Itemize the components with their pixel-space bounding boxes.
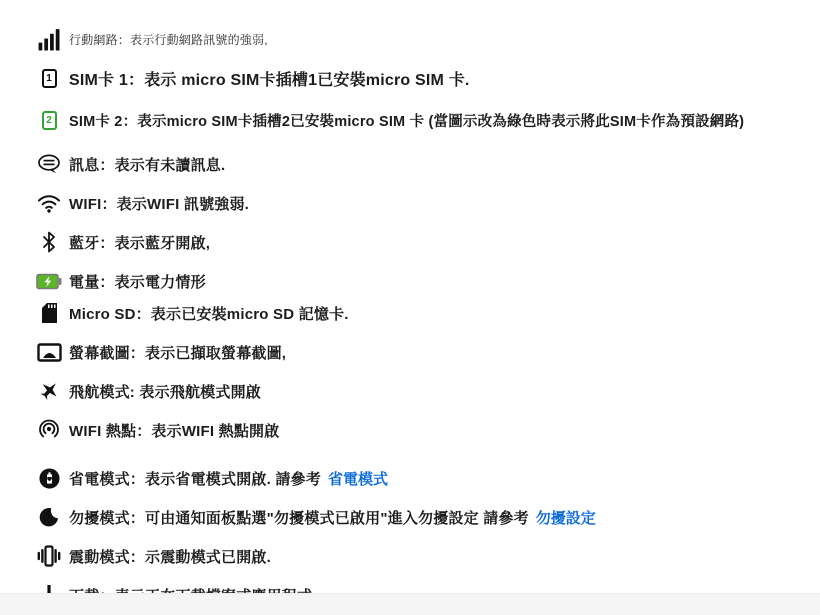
row-text: SIM卡 1：表示 micro SIM卡插槽1已安裝micro SIM 卡. xyxy=(69,67,470,90)
moon-icon xyxy=(36,504,62,530)
sd-card-icon xyxy=(36,300,62,326)
row-text: WIFI 熱點：表示WIFI 熱點開啟 xyxy=(69,420,279,441)
sim-card-2-badge: 2 xyxy=(42,111,57,130)
row-battery: 電量：表示電力情形 xyxy=(36,268,810,294)
row-text: 訊息：表示有未讀訊息. xyxy=(69,154,225,175)
power-save-link[interactable]: 省電模式 xyxy=(328,468,388,489)
sim-card-2-icon: 2 xyxy=(36,107,62,133)
row-wifi-hotspot: WIFI 熱點：表示WIFI 熱點開啟 xyxy=(36,417,810,443)
row-screenshot: 螢幕截圖：表示已擷取螢幕截圖, xyxy=(36,339,810,365)
row-text: 省電模式：表示省電模式開啟. 請參考 xyxy=(69,468,321,489)
row-wifi: WIFI：表示WIFI 訊號強弱. xyxy=(36,190,810,216)
row-text: 行動網路：表示行動網路訊號的強弱, xyxy=(69,31,268,48)
row-text: WIFI：表示WIFI 訊號強弱. xyxy=(69,193,249,214)
row-mobile-network: 行動網路：表示行動網路訊號的強弱, xyxy=(36,26,810,52)
row-bluetooth: 藍牙：表示藍牙開啟, xyxy=(36,229,810,255)
signal-bars-icon xyxy=(36,26,62,52)
row-airplane-mode: 飛航模式: 表示飛航模式開啟 xyxy=(36,378,810,404)
battery-charging-icon xyxy=(36,268,62,294)
row-text: 勿擾模式：可由通知面板點選"勿擾模式已啟用"進入勿擾設定 請參考 xyxy=(69,507,529,528)
do-not-disturb-link[interactable]: 勿擾設定 xyxy=(536,507,596,528)
row-sim-2: 2 SIM卡 2：表示micro SIM卡插槽2已安裝micro SIM 卡 (… xyxy=(36,107,810,133)
row-text: SIM卡 2：表示micro SIM卡插槽2已安裝micro SIM 卡 (當圖… xyxy=(69,110,744,131)
sim-card-1-icon: 1 xyxy=(36,65,62,91)
status-icon-legend: 行動網路：表示行動網路訊號的強弱, 1 SIM卡 1：表示 micro SIM卡… xyxy=(0,0,820,608)
row-vibrate-mode: 震動模式：示震動模式已開啟. xyxy=(36,543,810,569)
hotspot-icon xyxy=(36,417,62,443)
page-bottom-band xyxy=(0,593,820,615)
row-do-not-disturb: 勿擾模式：可由通知面板點選"勿擾模式已啟用"進入勿擾設定 請參考 勿擾設定 xyxy=(36,504,810,530)
wifi-icon xyxy=(36,190,62,216)
row-message: 訊息：表示有未讀訊息. xyxy=(36,151,810,177)
row-text: 震動模式：示震動模式已開啟. xyxy=(69,546,271,567)
vibrate-phone-icon xyxy=(36,543,62,569)
row-text: 藍牙：表示藍牙開啟, xyxy=(69,232,210,253)
row-text: 螢幕截圖：表示已擷取螢幕截圖, xyxy=(69,342,286,363)
row-text: 電量：表示電力情形 xyxy=(69,271,206,292)
screenshot-picture-icon xyxy=(36,339,62,365)
row-text: 飛航模式: 表示飛航模式開啟 xyxy=(69,381,261,402)
battery-saver-icon xyxy=(36,465,62,491)
row-micro-sd: Micro SD：表示已安裝micro SD 記憶卡. xyxy=(36,300,810,326)
message-bubble-icon xyxy=(36,151,62,177)
bluetooth-icon xyxy=(36,229,62,255)
row-power-save: 省電模式：表示省電模式開啟. 請參考 省電模式 xyxy=(36,465,810,491)
row-sim-1: 1 SIM卡 1：表示 micro SIM卡插槽1已安裝micro SIM 卡. xyxy=(36,65,810,91)
sim-card-1-badge: 1 xyxy=(42,69,57,88)
airplane-icon xyxy=(36,378,62,404)
row-text: Micro SD：表示已安裝micro SD 記憶卡. xyxy=(69,303,349,324)
